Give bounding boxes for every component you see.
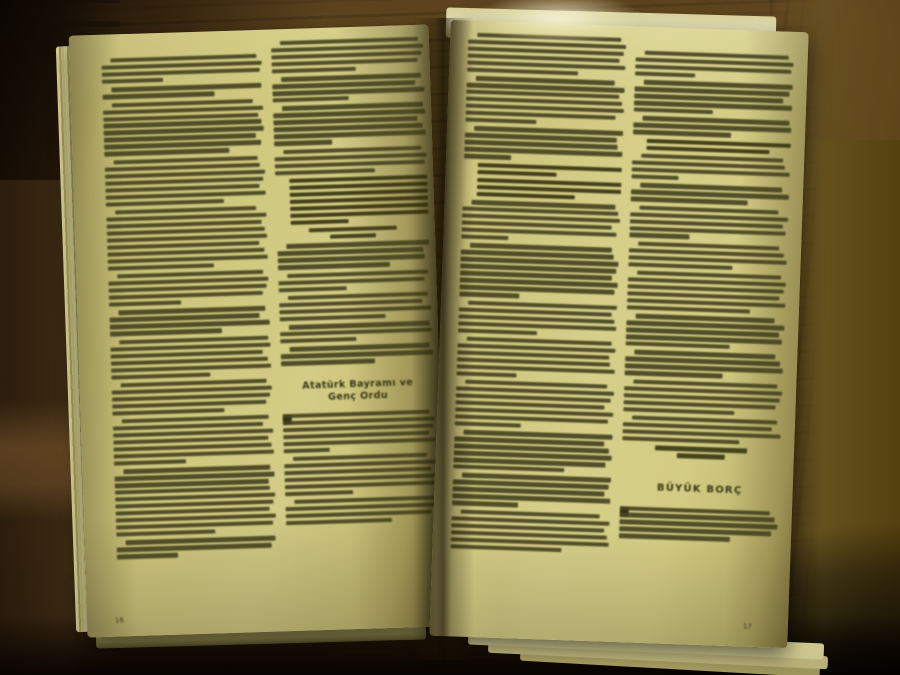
text-line	[465, 118, 536, 125]
paragraph-block	[623, 379, 782, 417]
article-heading: Atatürk Bayramı veGenç Ordu	[282, 376, 435, 405]
paragraph-block	[464, 126, 623, 164]
right-page: BÜYÜK BORÇ 17	[429, 20, 808, 648]
left-page: Atatürk Bayramı veGenç Ordu 16	[69, 24, 448, 637]
paragraph-block	[633, 116, 792, 140]
text-line	[272, 58, 418, 67]
text-line	[291, 219, 349, 225]
text-line	[112, 408, 224, 416]
paragraph-block	[273, 102, 426, 146]
text-line	[629, 233, 689, 239]
paragraph-block	[112, 378, 273, 415]
quote-block	[464, 162, 622, 179]
paragraph-block	[631, 153, 790, 184]
paragraph-block	[105, 155, 266, 206]
text-line	[458, 328, 537, 335]
paragraph-block	[103, 98, 265, 156]
text-line	[114, 459, 186, 466]
paragraph-block	[461, 200, 620, 245]
text-line	[278, 262, 391, 270]
paragraph-block	[629, 205, 788, 243]
text-line	[285, 480, 437, 489]
paragraph-block	[455, 379, 615, 431]
text-line	[625, 371, 723, 379]
paragraph-block	[631, 183, 790, 207]
text-line	[279, 286, 347, 292]
paragraph-block	[108, 270, 269, 307]
paragraph-block	[634, 80, 793, 118]
text-line	[103, 91, 215, 99]
open-book: Atatürk Bayramı veGenç Ordu 16 BÜYÜK BOR…	[0, 0, 900, 675]
paragraph-block	[452, 473, 611, 511]
paragraph-block	[279, 292, 432, 322]
paragraph-block	[114, 465, 276, 537]
text-line	[273, 96, 349, 103]
paragraph-block	[635, 50, 794, 81]
photo-scene: Atatürk Bayramı veGenç Ordu 16 BÜYÜK BOR…	[0, 0, 900, 675]
paragraph-block	[283, 409, 436, 453]
paragraph-block	[271, 37, 424, 74]
text-line	[102, 68, 260, 77]
paragraph-block	[627, 270, 786, 315]
left-page-column-2: Atatürk Bayramı veGenç Ordu	[271, 37, 441, 619]
page-number-left: 16	[115, 616, 124, 624]
paragraph-block	[101, 54, 262, 84]
paragraph-block	[117, 536, 277, 559]
paragraph-block	[456, 336, 615, 381]
text-line	[477, 192, 575, 200]
text-line	[102, 78, 163, 84]
text-line	[109, 300, 181, 307]
text-line	[111, 83, 261, 92]
quote-block	[463, 177, 622, 201]
paragraph-block	[272, 73, 425, 103]
text-line	[634, 108, 713, 115]
text-line	[290, 209, 441, 218]
paragraph-block	[102, 83, 262, 99]
paragraph-block	[458, 300, 617, 338]
text-line	[626, 341, 730, 349]
text-line	[655, 446, 747, 453]
text-line	[116, 530, 215, 537]
text-line	[280, 337, 356, 344]
paragraph-block	[628, 241, 787, 272]
text-line	[104, 148, 229, 156]
text-line	[280, 314, 386, 322]
text-line	[459, 292, 519, 298]
signature-block	[277, 225, 429, 241]
text-line	[286, 510, 432, 519]
text-line	[285, 490, 353, 496]
paragraph-block	[459, 243, 619, 302]
text-line	[456, 371, 516, 377]
text-line	[467, 67, 578, 75]
text-line	[278, 254, 425, 263]
text-line	[278, 276, 424, 285]
text-line	[274, 140, 332, 146]
text-line	[309, 226, 397, 233]
paragraph-block	[284, 452, 437, 496]
text-line	[623, 407, 734, 415]
paragraph-block	[113, 415, 274, 466]
paragraph-block	[106, 206, 268, 271]
quote-block	[275, 175, 428, 226]
paragraph-block	[453, 430, 612, 475]
text-line	[108, 263, 214, 271]
paragraph-block	[277, 240, 430, 270]
quote-block	[632, 138, 790, 155]
paragraph-block	[450, 509, 609, 554]
paragraph-block	[280, 321, 432, 344]
text-line	[281, 359, 375, 366]
paragraph-block	[281, 343, 433, 366]
text-line	[635, 71, 695, 77]
text-line	[450, 544, 561, 552]
right-page-column-1	[448, 33, 627, 632]
text-line	[627, 305, 750, 314]
text-line	[110, 328, 222, 336]
text-line	[284, 447, 330, 453]
paragraph-block	[274, 145, 427, 175]
text-line	[106, 199, 224, 207]
text-line	[279, 305, 431, 314]
signature-block	[622, 444, 780, 461]
text-line	[622, 436, 739, 444]
text-line	[452, 501, 518, 508]
column-gap	[621, 460, 780, 484]
paragraph-block	[109, 306, 270, 336]
text-line	[114, 450, 274, 459]
paragraph-block	[278, 269, 430, 292]
text-line	[111, 372, 210, 379]
text-line	[464, 154, 512, 160]
text-line	[272, 67, 356, 74]
right-page-column-2: BÜYÜK BORÇ	[616, 50, 794, 631]
text-line	[116, 521, 273, 530]
left-page-column-1	[101, 54, 278, 615]
paragraph-block	[285, 496, 438, 526]
paragraph-block	[626, 314, 785, 352]
text-line	[117, 553, 178, 559]
page-number-right: 17	[743, 623, 752, 631]
text-line	[112, 400, 266, 409]
text-line	[677, 453, 725, 459]
text-line	[628, 262, 732, 270]
text-line	[453, 464, 564, 472]
text-line	[631, 174, 679, 180]
text-line	[631, 197, 748, 205]
text-line	[455, 421, 521, 428]
text-line	[286, 518, 392, 526]
paragraph-block	[465, 76, 625, 128]
text-line	[633, 130, 731, 138]
left-page-content: Atatürk Bayramı veGenç Ordu	[69, 24, 448, 637]
paragraph-block	[625, 350, 784, 381]
paragraph-block	[622, 415, 781, 446]
text-line	[330, 233, 376, 239]
text-line	[275, 168, 375, 175]
paragraph-block	[110, 335, 271, 379]
text-line	[275, 159, 426, 168]
text-line	[478, 170, 557, 177]
right-page-content: BÜYÜK BORÇ	[429, 20, 808, 648]
paragraph-block	[467, 33, 626, 78]
text-line	[619, 534, 730, 542]
text-line	[646, 146, 769, 155]
paragraph-block	[619, 506, 778, 544]
text-line	[109, 291, 263, 300]
text-line	[461, 235, 509, 241]
